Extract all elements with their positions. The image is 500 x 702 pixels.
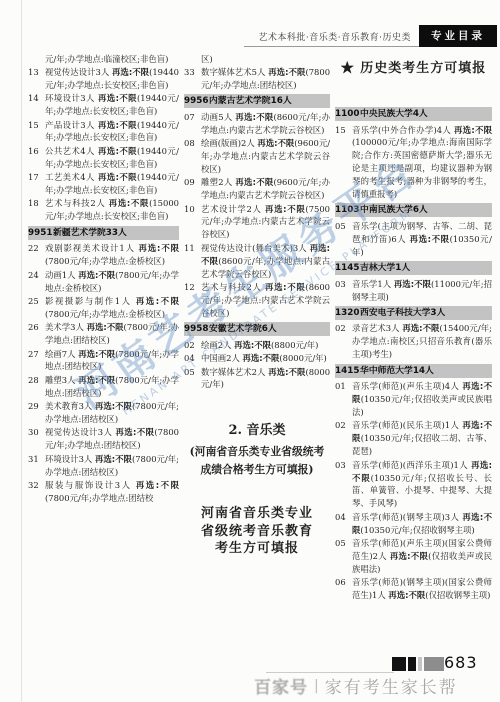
catalog-entry: 15产品设计3人 再选:不限(19440元/年;办学地点:长安校区;非色盲) (28, 119, 179, 145)
entry-text: 美术教育3人 再选:不限(7800元/年;办学地点:团结校区) (45, 400, 179, 426)
catalog-entry: 22戏剧影视美术设计1人 再选:不限(7800元/年;办学地点:金桥校区) (28, 242, 179, 268)
catalog-entry: 02录音艺术3人 再选:不限(15400元/年;办学地点:南校区;只招音乐教育(… (335, 322, 492, 361)
entry-text: 美术学3人 再选:不限(7800元/年;办学地点:团结校区) (45, 321, 179, 347)
entry-text: 公共艺术4人 再选:不限(19440元/年;办学地点:长安校区;非色盲) (45, 145, 179, 171)
school-code: 9958 (184, 324, 209, 335)
catalog-entry: 06音乐学(师范)(钢琴主项)(国家公费师范生)1人 再选:不限(仅招收钢琴主项… (335, 576, 492, 602)
school-code: 1320 (335, 308, 360, 319)
catalog-entry: 11视觉传达设计(舞台美术)3人 再选:不限(8600元/年;办学地点:内蒙古艺… (184, 242, 330, 281)
entry-number: 15 (28, 119, 45, 145)
entry-number: 02 (335, 322, 352, 361)
school-name: 华中师范大学14人 (360, 366, 492, 377)
watermark-account-name: 家有考生家长帮 (325, 673, 458, 698)
entry-text: 音乐学(师范)(钢琴主项)(国家公费师范生)1人 再选:不限(仅招收钢琴主项) (352, 576, 492, 602)
entry-number: 10 (184, 203, 201, 242)
entry-number: 33 (184, 66, 201, 92)
entry-number: 27 (28, 348, 45, 374)
page-marker-block (408, 657, 416, 671)
entry-text: 动画5人 再选:不限(8600元/年;办学地点:内蒙古艺术学院云谷校区) (201, 111, 330, 137)
school-code: 1100 (335, 109, 360, 120)
catalog-entry: 18艺术与科技2人 再选:不限(15000元/年;办学地点:长安校区;非色盲) (28, 197, 179, 223)
entry-text: 雕塑2人 再选:不限(9600元/年;办学地点:内蒙古艺术学院云谷校区) (201, 176, 330, 202)
catalog-entry: 31环境设计3人 再选:不限(7800元/年;办学地点:团结校区) (28, 453, 179, 479)
entry-number: 07 (184, 111, 201, 137)
catalog-entry: 32服装与服饰设计3人 再选:不限(7800元/年;办学地点:团结校 (28, 479, 179, 505)
school-header: 1100中央民族大学4人 (335, 107, 492, 121)
catalog-entry: 26美术学3人 再选:不限(7800元/年;办学地点:团结校区) (28, 321, 179, 347)
school-name: 内蒙古艺术学院16人 (209, 96, 330, 107)
page-marker-block (424, 657, 444, 671)
entry-text: 视觉传达设计3人 再选:不限(19440元/年;办学地点:长安校区;非色盲) (45, 66, 179, 92)
school-header: 9958安徽艺术学院6人 (184, 322, 330, 336)
entry-number: 26 (28, 321, 45, 347)
eligibility-note: 河南省音乐类专业省级统考音乐教育考生方可填报 (184, 505, 330, 558)
entry-text: 数字媒体艺术5人 再选:不限(7800元/年;办学地点:团结校区) (201, 66, 330, 92)
entry-text: 录音艺术3人 再选:不限(15400元/年;办学地点:南校区;只招音乐教育(器乐… (352, 322, 492, 361)
section-subtitle: (河南省音乐类专业省级统考成绩合格考生方可填报) (184, 443, 330, 478)
section-title: 2. 音乐类 (184, 419, 330, 438)
catalog-entry: 10艺术设计学2人 再选:不限(7500元/年;办学地点:内蒙古艺术学院云谷校区… (184, 203, 330, 242)
entry-text: 音乐学(主项为钢琴、古筝、二胡、琵琶和竹笛)6人 再选:不限(10350元/年) (352, 220, 492, 259)
entry-number: 09 (184, 176, 201, 202)
entry-number: 32 (28, 479, 45, 505)
continuation-line: 元/年;办学地点:临潼校区;非色盲) (28, 53, 179, 66)
school-name: 新疆艺术学院33人 (53, 228, 179, 239)
entry-text: 产品设计3人 再选:不限(19440元/年;办学地点:长安校区;非色盲) (45, 119, 179, 145)
entry-number: 16 (28, 145, 45, 171)
catalog-columns: 元/年;办学地点:临潼校区;非色盲)13视觉传达设计3人 再选:不限(19440… (28, 52, 492, 652)
entry-number (28, 53, 45, 66)
entry-number: 31 (28, 453, 45, 479)
entry-text: 工艺美术4人 再选:不限(19440元/年;办学地点:长安校区;非色盲) (45, 171, 179, 197)
page-number: 683 (444, 653, 478, 672)
catalog-entry: 08绘画(版画)2人 再选:不限(9600元/年;办学地点:内蒙古艺术学院云谷校… (184, 137, 330, 176)
school-code: 1415 (335, 366, 360, 377)
entry-number (184, 53, 201, 66)
page-marker-block (392, 657, 406, 671)
entry-number: 04 (184, 352, 201, 365)
column-right: ★ 历史类考生方可填报1100中央民族大学4人15音乐学(中外合作办学)4人 再… (335, 52, 492, 652)
catalog-entry: 12艺术与科技2人 再选:不限(8600元/年;办学地点:内蒙古艺术学院云谷校区… (184, 281, 330, 320)
catalog-entry: 24动画1人 再选:不限(7800元/年;办学地点:金桥校区) (28, 269, 179, 295)
entry-text: 视觉传达设计3人 再选:不限(7800元/年;办学地点:团结校区) (45, 426, 179, 452)
catalog-entry: 05音乐学(主项为钢琴、古筝、二胡、琵琶和竹笛)6人 再选:不限(10350元/… (335, 220, 492, 259)
entry-text: 音乐学(师范)(声乐主项)4人 再选:不限(10350元/年;仅招收美声或民族唱… (352, 380, 492, 419)
entry-text: 音乐学(师范)(钢琴主项)3人 再选:不限(10350元/年;仅招收钢琴主项) (352, 511, 492, 537)
school-header: 9951新疆艺术学院33人 (28, 226, 179, 240)
entry-number: 03 (335, 278, 352, 304)
school-header: 1415华中师范大学14人 (335, 364, 492, 378)
entry-text: 戏剧影视美术设计1人 再选:不限(7800元/年;办学地点:金桥校区) (45, 242, 179, 268)
entry-number: 28 (28, 374, 45, 400)
entry-number: 17 (28, 171, 45, 197)
entry-text: 区) (201, 53, 330, 66)
catalog-entry: 04音乐学(师范)(钢琴主项)3人 再选:不限(10350元/年;仅招收钢琴主项… (335, 511, 492, 537)
baijiahao-logo: 百家号 (254, 673, 308, 698)
entry-number: 12 (184, 281, 201, 320)
entry-number: 25 (28, 295, 45, 321)
continuation-line: 区) (184, 53, 330, 66)
catalog-entry: 05数字媒体艺术2人 再选:不限(8000元/年) (184, 366, 330, 392)
entry-text: 绘画(版画)2人 再选:不限(9600元/年;办学地点:内蒙古艺术学院云谷校区) (201, 137, 330, 176)
catalog-entry: 16公共艺术4人 再选:不限(19440元/年;办学地点:长安校区;非色盲) (28, 145, 179, 171)
column-left: 元/年;办学地点:临潼校区;非色盲)13视觉传达设计3人 再选:不限(19440… (28, 52, 179, 652)
entry-text: 音乐学(中外合作办学)4人 再选:不限(100000元/年;办学地点:海南国际学… (352, 124, 492, 201)
catalog-entry: 03音乐学(师范)(西洋乐主项)1人 再选:不限(10350元/年;仅招收长号、… (335, 459, 492, 511)
school-name: 中央民族大学4人 (360, 109, 492, 120)
catalog-entry: 05音乐学(师范)(声乐主项)(国家公费师范生)2人 再选:不限(仅招收美声或民… (335, 537, 492, 576)
school-name: 西安电子科技大学3人 (360, 308, 492, 319)
entry-text: 数字媒体艺术2人 再选:不限(8000元/年) (201, 366, 330, 392)
entry-text: 音乐学1人 再选:不限(11000元/年;招钢琴主项) (352, 278, 492, 304)
column-middle: 区)33数字媒体艺术5人 再选:不限(7800元/年;办学地点:团结校区)995… (184, 52, 330, 652)
entry-number: 24 (28, 269, 45, 295)
school-code: 9951 (28, 228, 53, 239)
entry-text: 艺术与科技2人 再选:不限(8600元/年;办学地点:内蒙古艺术学院云谷校区) (201, 281, 330, 320)
entry-number: 05 (184, 366, 201, 392)
catalog-entry: 17工艺美术4人 再选:不限(19440元/年;办学地点:长安校区;非色盲) (28, 171, 179, 197)
school-header: 1145吉林大学1人 (335, 261, 492, 275)
watermark-separator: | (314, 678, 319, 694)
catalog-entry: 30视觉传达设计3人 再选:不限(7800元/年;办学地点:团结校区) (28, 426, 179, 452)
school-code: 1145 (335, 263, 360, 274)
school-header: 1320西安电子科技大学3人 (335, 306, 492, 320)
entry-number: 06 (335, 576, 352, 602)
catalog-entry: 07动画5人 再选:不限(8600元/年;办学地点:内蒙古艺术学院云谷校区) (184, 111, 330, 137)
history-eligibility-title: ★ 历史类考生方可填报 (335, 57, 492, 76)
entry-text: 环境设计3人 再选:不限(19440元/年;办学地点:长安校区;非色盲) (45, 92, 179, 118)
bottom-watermark: 百家号 | 家有考生家长帮 (254, 673, 458, 698)
entry-number: 01 (335, 380, 352, 419)
entry-number: 14 (28, 92, 45, 118)
entry-number: 15 (335, 124, 352, 201)
catalog-entry: 02音乐学(师范)(民乐主项)1人 再选:不限(10350元/年;仅招收二胡、古… (335, 419, 492, 458)
catalog-entry: 04中国画2人 再选:不限(8000元/年) (184, 352, 330, 365)
catalog-entry: 01音乐学(师范)(声乐主项)4人 再选:不限(10350元/年;仅招收美声或民… (335, 380, 492, 419)
entry-number: 02 (184, 339, 201, 352)
catalog-entry: 15音乐学(中外合作办学)4人 再选:不限(100000元/年;办学地点:海南国… (335, 124, 492, 201)
catalog-entry: 33数字媒体艺术5人 再选:不限(7800元/年;办学地点:团结校区) (184, 66, 330, 92)
entry-text: 影视摄影与制作1人 再选:不限(7800元/年;办学地点:金桥校区) (45, 295, 179, 321)
entry-number: 30 (28, 426, 45, 452)
entry-number: 04 (335, 511, 352, 537)
entry-text: 音乐学(师范)(西洋乐主项)1人 再选:不限(10350元/年;仅招收长号、长笛… (352, 459, 492, 511)
catalog-entry: 14环境设计3人 再选:不限(19440元/年;办学地点:长安校区;非色盲) (28, 92, 179, 118)
entry-number: 03 (335, 459, 352, 511)
school-name: 吉林大学1人 (360, 263, 492, 274)
catalog-entry: 09雕塑2人 再选:不限(9600元/年;办学地点:内蒙古艺术学院云谷校区) (184, 176, 330, 202)
entry-number: 05 (335, 220, 352, 259)
entry-number: 08 (184, 137, 201, 176)
catalog-entry: 13视觉传达设计3人 再选:不限(19440元/年;办学地点:长安校区;非色盲) (28, 66, 179, 92)
entry-text: 音乐学(师范)(民乐主项)1人 再选:不限(10350元/年;仅招收二胡、古筝、… (352, 419, 492, 458)
catalog-entry: 28雕塑3人 再选:不限(7800元/年;办学地点:团结校区) (28, 374, 179, 400)
entry-number: 13 (28, 66, 45, 92)
entry-text: 艺术设计学2人 再选:不限(7500元/年;办学地点:内蒙古艺术学院云谷校区) (201, 203, 330, 242)
entry-text: 绘画7人 再选:不限(7800元/年;办学地点:团结校区) (45, 348, 179, 374)
header-category-path: 艺术本科批·音乐类·音乐教育·历史类 (244, 30, 419, 47)
entry-text: 雕塑3人 再选:不限(7800元/年;办学地点:团结校区) (45, 374, 179, 400)
school-name: 中南民族大学6人 (360, 205, 492, 216)
school-header: 1103中南民族大学6人 (335, 203, 492, 217)
catalog-entry: 03音乐学1人 再选:不限(11000元/年;招钢琴主项) (335, 278, 492, 304)
entry-text: 环境设计3人 再选:不限(7800元/年;办学地点:团结校区) (45, 453, 179, 479)
page-edge-line (21, 0, 22, 702)
page-marker-block (418, 657, 422, 671)
catalog-entry: 29美术教育3人 再选:不限(7800元/年;办学地点:团结校区) (28, 400, 179, 426)
page-marker (392, 657, 444, 671)
entry-number: 29 (28, 400, 45, 426)
entry-number: 18 (28, 197, 45, 223)
school-code: 9956 (184, 96, 209, 107)
entry-text: 音乐学(师范)(声乐主项)(国家公费师范生)2人 再选:不限(仅招收美声或民族唱… (352, 537, 492, 576)
school-header: 9956内蒙古艺术学院16人 (184, 94, 330, 108)
catalog-entry: 02绘画2人 再选:不限(8800元/年) (184, 339, 330, 352)
entry-text: 元/年;办学地点:临潼校区;非色盲) (45, 53, 179, 66)
entry-text: 中国画2人 再选:不限(8000元/年) (201, 352, 330, 365)
entry-text: 视觉传达设计(舞台美术)3人 再选:不限(8600元/年;办学地点:内蒙古艺术学… (201, 242, 330, 281)
school-code: 1103 (335, 205, 360, 216)
entry-text: 绘画2人 再选:不限(8800元/年) (201, 339, 330, 352)
page-header: 艺术本科批·音乐类·音乐教育·历史类 专业目录 (0, 25, 497, 47)
entry-number: 05 (335, 537, 352, 576)
entry-text: 动画1人 再选:不限(7800元/年;办学地点:金桥校区) (45, 269, 179, 295)
catalog-page: 艺术本科批·音乐类·音乐教育·历史类 专业目录 元/年;办学地点:临潼校区;非色… (0, 0, 500, 702)
entry-number: 22 (28, 242, 45, 268)
entry-text: 艺术与科技2人 再选:不限(15000元/年;办学地点:长安校区;非色盲) (45, 197, 179, 223)
catalog-entry: 25影视摄影与制作1人 再选:不限(7800元/年;办学地点:金桥校区) (28, 295, 179, 321)
school-name: 安徽艺术学院6人 (209, 324, 330, 335)
catalog-entry: 27绘画7人 再选:不限(7800元/年;办学地点:团结校区) (28, 348, 179, 374)
entry-number: 11 (184, 242, 201, 281)
entry-text: 服装与服饰设计3人 再选:不限(7800元/年;办学地点:团结校 (45, 479, 179, 505)
header-section-tab: 专业目录 (419, 25, 497, 47)
entry-number: 02 (335, 419, 352, 458)
